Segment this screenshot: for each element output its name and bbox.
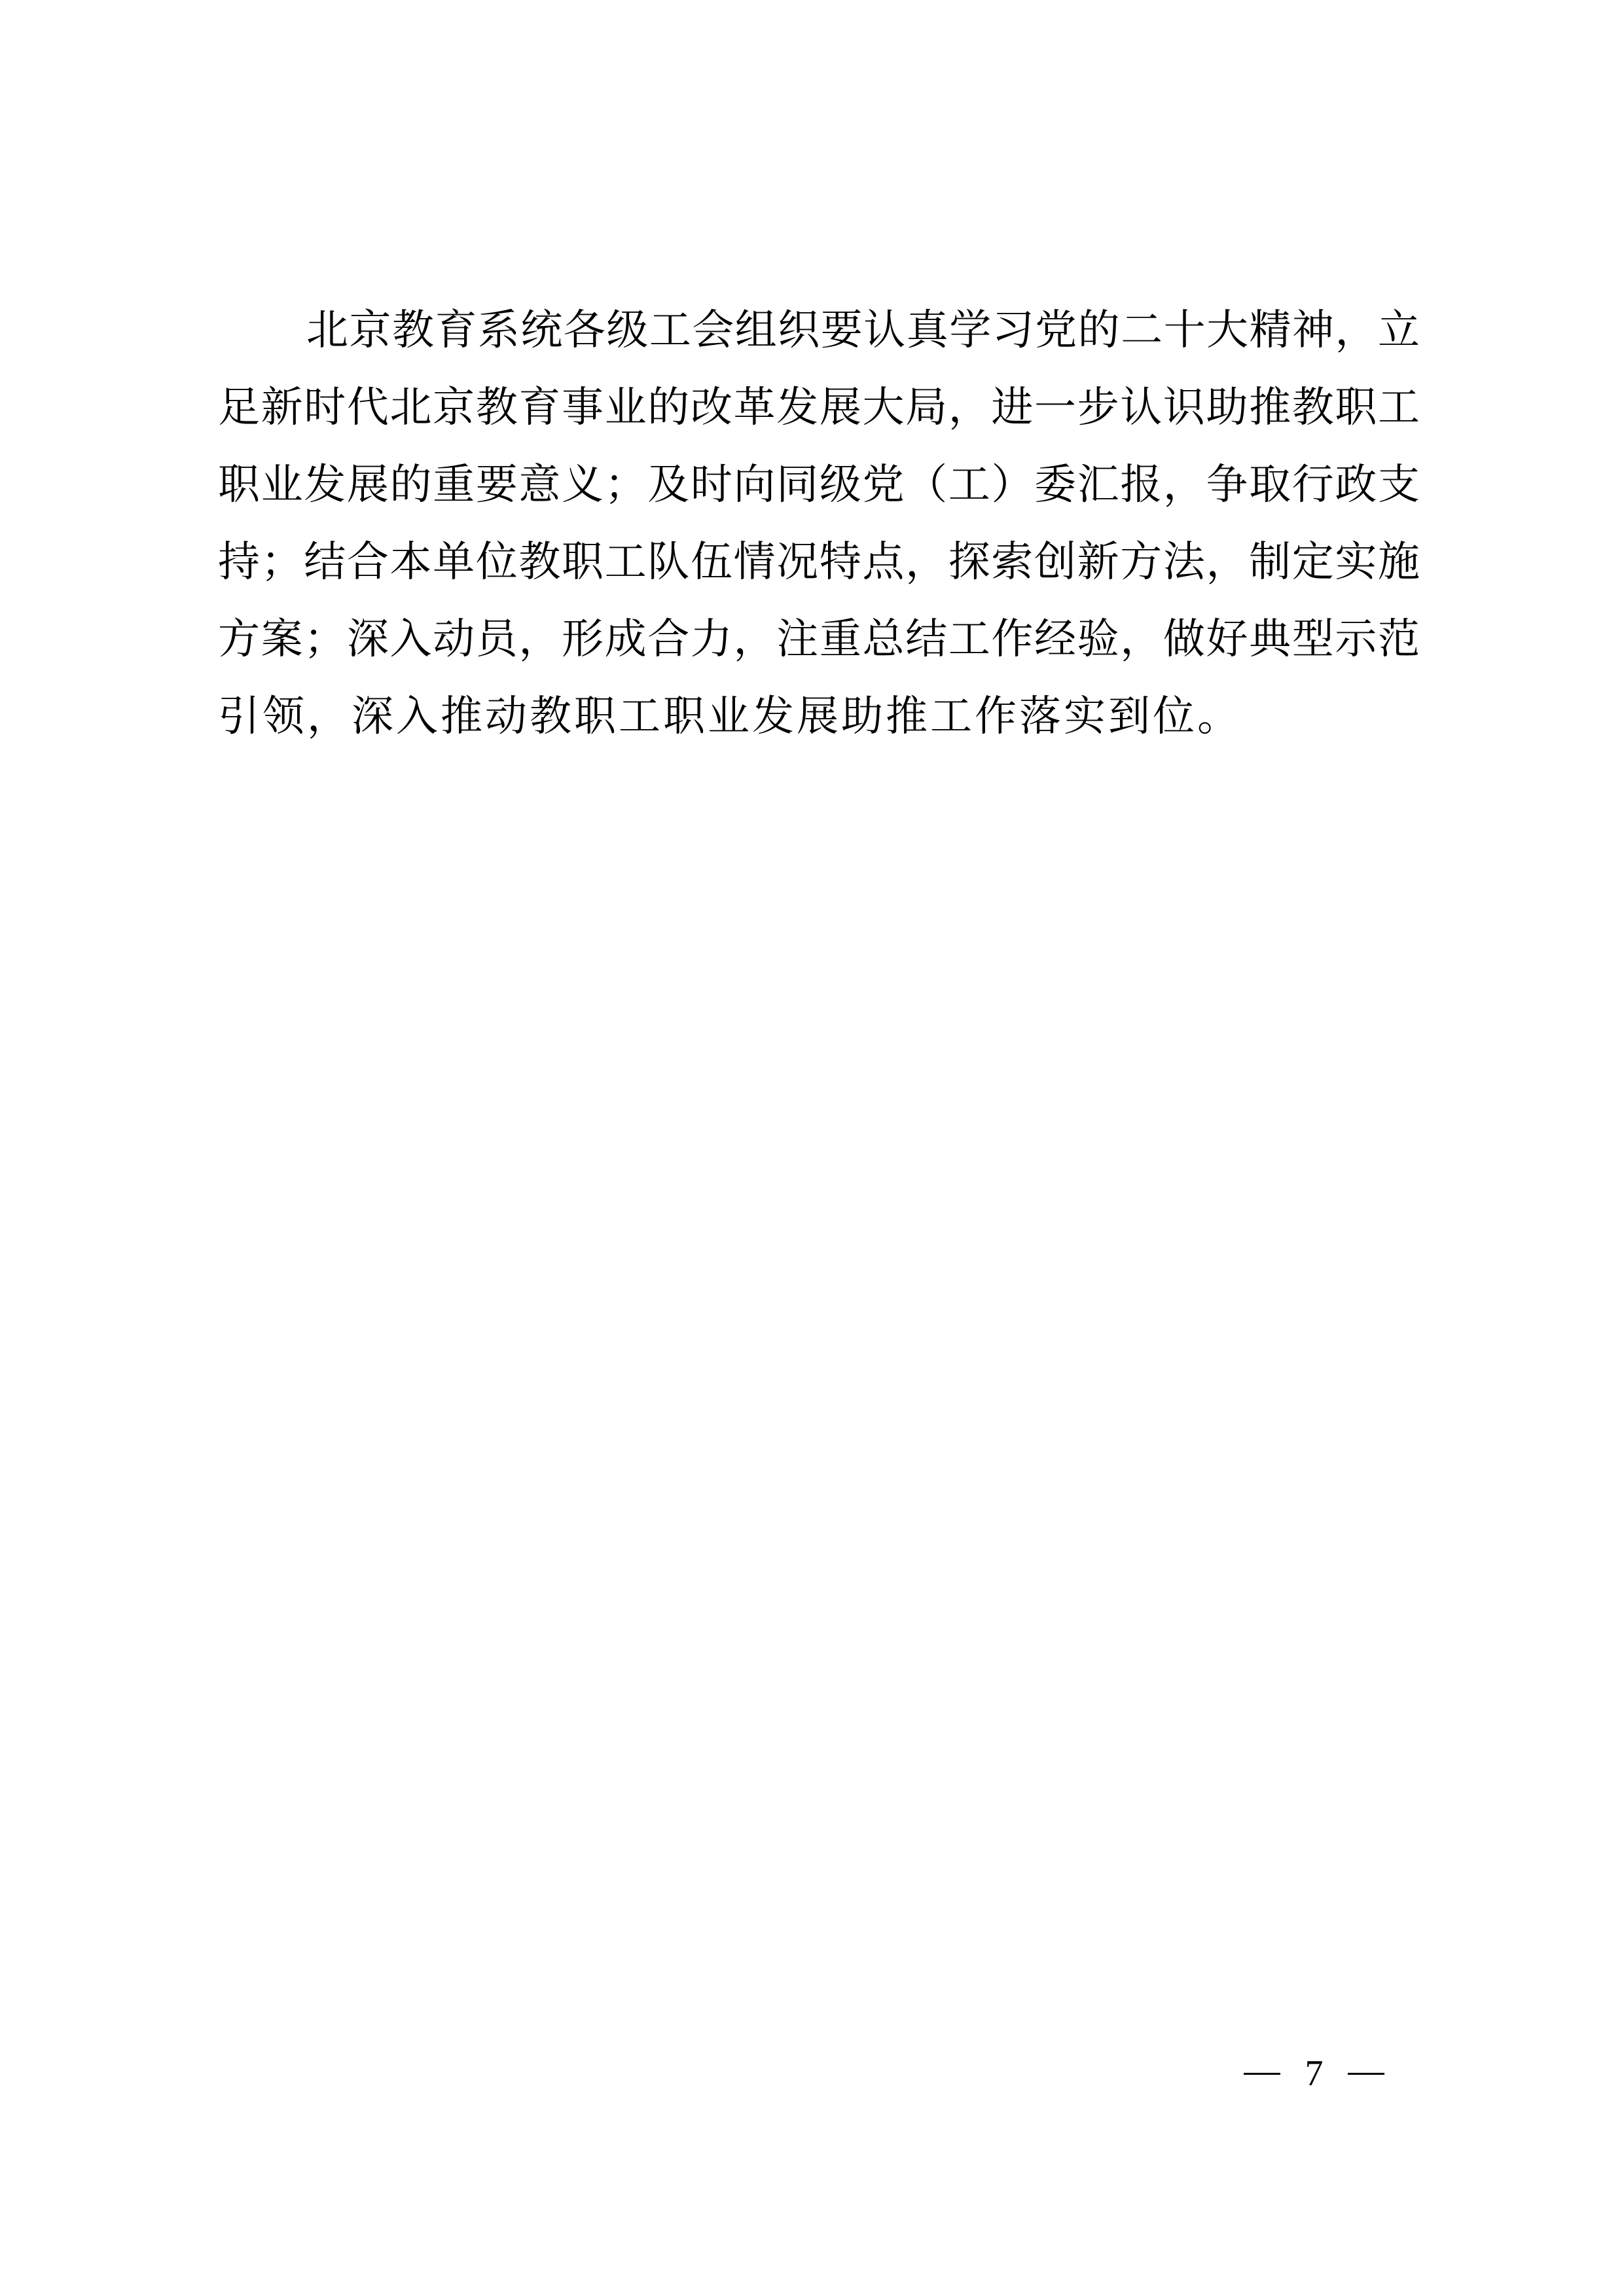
paragraph-line-text: 持；结合本单位教职工队伍情况特点，探索创新方法，制定实施 <box>218 524 1420 601</box>
page-number-footer: 7 <box>1244 2049 1384 2098</box>
paragraph-line-text: 职业发展的重要意义；及时向同级党（工）委汇报，争取行政支 <box>218 446 1420 524</box>
paragraph-line-text: 足新时代北京教育事业的改革发展大局，进一步认识助推教职工 <box>218 369 1420 446</box>
left-dash <box>1244 2073 1280 2075</box>
document-page: 北京教育系统各级工会组织要认真学习党的二十大精神，立 足新时代北京教育事业的改革… <box>0 0 1624 2296</box>
paragraph-line-4: 持；结合本单位教职工队伍情况特点，探索创新方法，制定实施 <box>218 524 1420 601</box>
right-dash <box>1348 2073 1384 2075</box>
paragraph-line-6: 引领，深入推动教职工职业发展助推工作落实到位。 <box>218 678 1420 755</box>
paragraph-line-text: 引领，深入推动教职工职业发展助推工作落实到位。 <box>218 678 1420 755</box>
paragraph-line-3: 职业发展的重要意义；及时向同级党（工）委汇报，争取行政支 <box>218 446 1420 524</box>
paragraph-line-text: 北京教育系统各级工会组织要认真学习党的二十大精神，立 <box>306 292 1420 369</box>
body-paragraph: 北京教育系统各级工会组织要认真学习党的二十大精神，立 足新时代北京教育事业的改革… <box>218 292 1420 755</box>
paragraph-line-1: 北京教育系统各级工会组织要认真学习党的二十大精神，立 <box>218 292 1420 369</box>
paragraph-line-5: 方案；深入动员，形成合力，注重总结工作经验，做好典型示范 <box>218 601 1420 678</box>
page-number: 7 <box>1305 2049 1324 2098</box>
paragraph-line-2: 足新时代北京教育事业的改革发展大局，进一步认识助推教职工 <box>218 369 1420 446</box>
paragraph-line-text: 方案；深入动员，形成合力，注重总结工作经验，做好典型示范 <box>218 601 1420 678</box>
